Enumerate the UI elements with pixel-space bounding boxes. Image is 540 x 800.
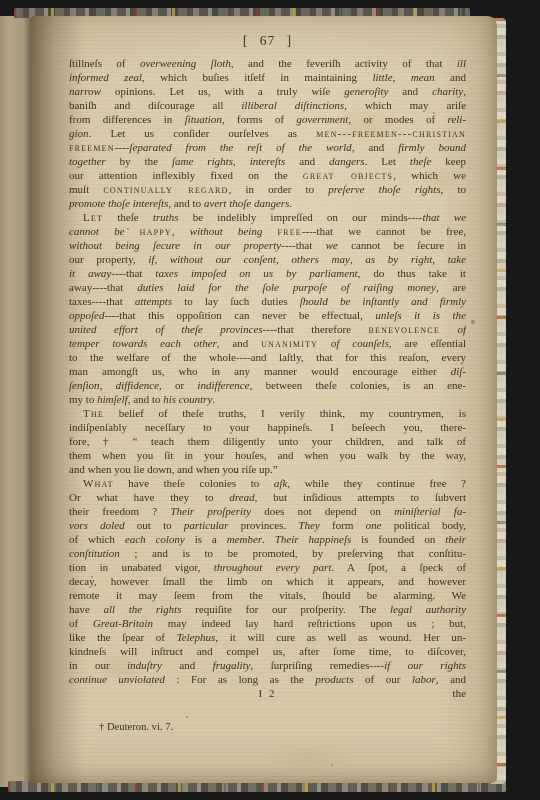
book-photo: [ 67 ] ſtillneſs of overweening ſloth, a… [0, 0, 540, 800]
text-segment: diffidence [116, 380, 159, 392]
text-line: The belief of theſe truths, I verily thi… [69, 407, 466, 421]
text-segment: theſe [410, 156, 431, 168]
text-segment: to lay ſuch duties [172, 296, 300, 308]
text-segment: continually regard [103, 184, 228, 196]
text-line: remote it may ſeem from the vitals, ſhou… [69, 589, 466, 603]
page-number: [ 67 ] [69, 33, 466, 49]
text-line: of Great-Britain may indeed lay hard reſ… [69, 617, 466, 631]
text-line: away----that duties laid for the ſole pu… [69, 281, 466, 295]
text-segment: , [350, 254, 365, 266]
text-line: informed zeal, which buſies itſelf in ma… [69, 71, 466, 85]
text-segment: little [372, 72, 392, 84]
text-segment: , which may ariſe [344, 100, 466, 112]
text-segment: member [227, 534, 262, 546]
text-line: continue unviolated : For as long as the… [69, 673, 466, 687]
text-segment: narrow [69, 86, 101, 98]
text-segment: frugality [213, 660, 251, 672]
text-segment: form [320, 520, 366, 532]
text-segment: , and [352, 142, 399, 154]
text-segment: duties laid for the ſole purpoſe of raiſ… [137, 282, 436, 294]
text-segment: , in order to [229, 184, 329, 196]
foxing-specks [31, 16, 33, 18]
text-segment: avert thoſe dangers [204, 198, 290, 210]
text-segment: What [83, 478, 114, 490]
text-segment: firmly bound [398, 142, 466, 154]
paragraph: What have theſe colonies to aſk, while t… [69, 477, 466, 687]
text-segment: my to [69, 394, 97, 406]
text-segment: our property, [69, 254, 148, 266]
text-segment: . Let [365, 156, 410, 168]
text-segment: ----that [111, 268, 155, 280]
facing-page-edge [0, 16, 31, 787]
text-segment: charity [432, 86, 463, 98]
text-segment: his country [163, 394, 212, 406]
text-segment: ſame rights [172, 156, 233, 168]
text-segment: man amongſt us, who in any manner would … [69, 366, 451, 378]
text-segment: indifference [197, 380, 249, 392]
text-segment: , [432, 254, 447, 266]
text-segment: ſenſion [69, 380, 100, 392]
text-segment: Or what have they to [69, 492, 229, 504]
text-segment: Their proſperity [170, 506, 251, 518]
text-segment: without being ſecure in our property [69, 240, 281, 252]
text-segment: The [83, 408, 104, 420]
text-line: indiſpenſably neceſſary to your happineſ… [69, 421, 466, 435]
text-segment: ----that this oppoſition can never be ef… [104, 310, 375, 322]
text-segment: They [298, 520, 319, 532]
text-segment: products [315, 674, 353, 686]
text-segment: fore, † “ teach them diligently unto you… [69, 436, 466, 448]
text-segment: decay, however ſmall the limb on which i… [69, 576, 466, 588]
text-segment: ----that [281, 240, 325, 252]
scan-background: { "colors": { "paper": "#d5c9a8", "ink":… [0, 0, 540, 800]
text-segment: , are [436, 282, 466, 294]
text-segment: them when you ſit in your houſes, and wh… [69, 450, 466, 462]
text-segment: keep [431, 156, 466, 168]
text-line: gion. Let us conſider ourſelves as men--… [69, 127, 466, 141]
footnote: † Deuteron. vi. 7. [69, 721, 466, 735]
text-segment: , [393, 72, 411, 84]
text-segment: Their happineſs [275, 534, 352, 546]
text-segment: baniſh and diſcourage all [69, 100, 241, 112]
text-line: have all the rights requiſite for our pr… [69, 603, 466, 617]
text-segment: political body, [382, 520, 467, 532]
text-segment: induſtry [127, 660, 162, 672]
text-segment: it away [69, 268, 111, 280]
text-segment: of counſels [318, 338, 389, 350]
text-segment: throughout every part [214, 562, 332, 574]
text-line: our property, if, without our conſent, o… [69, 253, 466, 267]
text-line: it away----that taxes impoſed on us by p… [69, 267, 466, 281]
text-line: in our induſtry and frugality, ſurpriſin… [69, 659, 466, 673]
text-segment: . A ſpot, a ſpeck of [331, 562, 466, 574]
text-segment: be indelibly impreſſed on our minds---- [179, 212, 423, 224]
text-segment: truths [153, 212, 179, 224]
text-segment: aſk [274, 478, 287, 490]
text-segment: reli- [447, 114, 466, 126]
text-segment: ill [457, 58, 466, 70]
text-segment: promote thoſe intereſts [69, 198, 168, 210]
text-line: kindneſs will inſtruct and compel us, af… [69, 645, 466, 659]
paragraph: ſtillneſs of overweening ſloth, and the … [69, 57, 466, 211]
text-segment: others may [291, 254, 350, 266]
text-segment: cannot be [69, 226, 140, 238]
text-segment: , [276, 254, 291, 266]
text-segment: vors doled [69, 520, 125, 532]
text-segment: by the [106, 156, 172, 168]
text-segment: is a [185, 534, 227, 546]
text-segment: , which buſies itſelf in maintaining [142, 72, 373, 84]
text-line: together by the ſame rights, intereſts a… [69, 155, 466, 169]
text-line: taxes----that attempts to lay ſuch dutie… [69, 295, 466, 309]
text-segment: together [69, 156, 106, 168]
text-segment: men---freemen---christian [316, 128, 466, 140]
text-segment: and [285, 156, 329, 168]
text-segment: continue unviolated [69, 674, 165, 686]
text-segment: attempts [135, 296, 172, 308]
text-segment: without our conſent [170, 254, 276, 266]
text-segment: in our [69, 660, 127, 672]
text-segment: , while they continue free ? [287, 478, 466, 490]
text-segment: if our rights [384, 660, 466, 672]
text-segment: ; and is to be promoted, by preſerving t… [120, 548, 466, 560]
text-segment: their freedom ? [69, 506, 170, 518]
paragraph: Let theſe truths be indelibly impreſſed … [69, 211, 466, 407]
text-block: [ 67 ] ſtillneſs of overweening ſloth, a… [69, 33, 466, 735]
text-segment: free [278, 226, 302, 238]
text-line: freemen----ſeparated from the reſt of th… [69, 141, 466, 155]
text-segment: himſelf [97, 394, 128, 406]
text-segment: one [366, 520, 382, 532]
text-segment: theſe [103, 212, 153, 224]
text-segment: ----that therefore [263, 324, 369, 336]
text-segment: preſerve thoſe rights [328, 184, 440, 196]
text-segment: is founded on [351, 534, 445, 546]
text-lines: ſtillneſs of overweening ſloth, and the … [69, 57, 466, 687]
text-segment: particular [184, 520, 229, 532]
text-segment: , and to [128, 394, 163, 406]
text-segment: unleſs it is the [375, 310, 466, 322]
text-segment: ---- [115, 142, 130, 154]
text-segment: , [233, 156, 250, 168]
paragraph: The belief of theſe truths, I verily thi… [69, 407, 466, 477]
text-segment: , and the feveriſh activity of that [231, 58, 457, 70]
text-segment: have theſe colonies to [114, 478, 274, 490]
text-segment: unanimity [261, 338, 318, 350]
text-segment: kindneſs will inſtruct and compel us, af… [69, 646, 466, 658]
text-line: from differences in ſituation, forms of … [69, 113, 466, 127]
text-line: them when you ſit in your houſes, and wh… [69, 449, 466, 463]
text-segment: dread [229, 492, 254, 504]
text-segment: mean [411, 72, 435, 84]
text-segment: dangers [329, 156, 364, 168]
text-segment: , and [217, 338, 261, 350]
text-segment: tion in unabated vigor, [69, 562, 214, 574]
text-segment: conſtitution [69, 548, 120, 560]
text-segment: that we [422, 212, 466, 224]
text-line: narrow opinions. Let us, with a truly wi… [69, 85, 466, 99]
text-segment: freemen [69, 142, 115, 154]
text-segment: we [326, 240, 338, 252]
text-line: vors doled out to particular provinces. … [69, 519, 466, 533]
text-segment: and [162, 660, 213, 672]
text-segment: Telephus [177, 632, 216, 644]
text-segment: ----that we cannot be free, [302, 226, 466, 238]
text-line: fore, † “ teach them diligently unto you… [69, 435, 466, 449]
text-segment: does not depend on [251, 506, 394, 518]
text-segment: and [435, 72, 466, 84]
text-line: without being ſecure in our property----… [69, 239, 466, 253]
text-segment: , are eſſential [389, 338, 466, 350]
text-segment: government [296, 114, 348, 126]
text-segment: generoſity [344, 86, 388, 98]
text-line: conſtitution ; and is to be promoted, by… [69, 547, 466, 561]
text-segment: remote it may ſeem from the vitals, ſhou… [69, 590, 466, 602]
text-segment: have [69, 604, 103, 616]
text-segment: out to [125, 520, 184, 532]
text-segment: away----that [69, 282, 137, 294]
text-segment: : For as long as the [165, 674, 316, 686]
text-segment: of our [353, 674, 411, 686]
text-line: man amongſt us, who in any manner would … [69, 365, 466, 379]
text-segment: taxes impoſed on us by parliament [155, 268, 357, 280]
text-segment: , [154, 254, 169, 266]
text-segment: overweening ſloth [140, 58, 231, 70]
stain [263, 740, 353, 774]
text-segment: , do thus take it [358, 268, 466, 280]
text-segment: cannot be ſecure in [338, 240, 466, 252]
text-segment: Great-Britain [93, 618, 153, 630]
text-segment: temper towards each other [69, 338, 217, 350]
text-segment: , or [159, 380, 197, 392]
text-segment: united effort of theſe provinces [69, 324, 263, 336]
text-segment: , forms of [222, 114, 297, 126]
text-line: of which each colony is a member. Their … [69, 533, 466, 547]
text-segment: , it will cure as well as wound. Her un- [215, 632, 466, 644]
text-segment: of [69, 618, 93, 630]
text-line: like the ſpear of Telephus, it will cure… [69, 631, 466, 645]
signature-mark: I 2 [69, 687, 466, 701]
text-segment: all the rights [103, 604, 181, 616]
text-segment: , and to [168, 198, 203, 210]
text-segment: intereſts [250, 156, 286, 168]
text-line: baniſh and diſcourage all illiberal diſt… [69, 99, 466, 113]
text-segment: , or modes of [348, 114, 447, 126]
text-segment: ſtillneſs of [69, 58, 140, 70]
text-segment: great objects [303, 170, 393, 182]
text-segment: indiſpenſably neceſſary to your happineſ… [69, 422, 466, 434]
catchword: the [453, 687, 466, 701]
text-line: my to himſelf, and to his country. [69, 393, 466, 407]
text-segment: labor [412, 674, 436, 686]
text-segment: of [440, 324, 466, 336]
text-segment: , between theſe colonies, is an ene- [250, 380, 466, 392]
text-segment: , which we [393, 170, 466, 182]
text-line: their freedom ? Their proſperity does no… [69, 505, 466, 519]
text-segment: take [448, 254, 466, 266]
text-segment: legal authority [390, 604, 466, 616]
text-segment: opinions. Let us, with a truly wiſe [101, 86, 344, 98]
text-segment: ſituation [185, 114, 222, 126]
text-segment: their [445, 534, 466, 546]
text-segment: , and [436, 674, 466, 686]
text-segment: , without being [172, 226, 278, 238]
text-segment: . [212, 394, 215, 406]
text-segment: benevolence [369, 324, 440, 336]
text-line: muſt continually regard, in order to pre… [69, 183, 466, 197]
text-line: ſenſion, diffidence, or indifference, be… [69, 379, 466, 393]
text-segment: happy [140, 226, 172, 238]
text-segment: and when you lie down, and when you riſe… [69, 464, 278, 476]
text-line: to the welfare of the whole----and laſtl… [69, 351, 466, 365]
text-segment: , [463, 86, 466, 98]
text-segment: requiſite for our proſperity. The [182, 604, 390, 616]
text-segment: ſhould be inſtantly and firmly [300, 296, 466, 308]
text-segment: , ſurpriſing remedies---- [251, 660, 385, 672]
text-segment: oppoſed [69, 310, 104, 322]
text-line: tion in unabated vigor, throughout every… [69, 561, 466, 575]
text-segment: of which [69, 534, 125, 546]
text-segment: and [388, 86, 432, 98]
text-line: temper towards each other, and unanimity… [69, 337, 466, 351]
text-segment: . [262, 534, 275, 546]
text-line: our attention inflexibly fixed on the gr… [69, 169, 466, 183]
text-line: and when you lie down, and when you riſe… [69, 463, 466, 477]
text-line: promote thoſe intereſts, and to avert th… [69, 197, 466, 211]
text-line: What have theſe colonies to aſk, while t… [69, 477, 466, 491]
text-segment: muſt [69, 184, 103, 196]
text-segment: illiberal diſtinctions [241, 100, 344, 112]
text-line: decay, however ſmall the limb on which i… [69, 575, 466, 589]
text-segment: ſeparated from the reſt of the world [129, 142, 351, 154]
text-line: oppoſed----that this oppoſition can neve… [69, 309, 466, 323]
text-line: Let theſe truths be indelibly impreſſed … [69, 211, 466, 225]
text-line: cannot be happy, without being free----t… [69, 225, 466, 239]
text-segment: Let [83, 212, 103, 224]
text-segment: . [289, 198, 292, 210]
text-line: ſtillneſs of overweening ſloth, and the … [69, 57, 466, 71]
text-line: Or what have they to dread, but inſidiou… [69, 491, 466, 505]
text-segment: taxes----that [69, 296, 135, 308]
text-line: united effort of theſe provinces----that… [69, 323, 466, 337]
text-segment: each colony [125, 534, 185, 546]
text-segment: , to [441, 184, 466, 196]
text-segment: informed zeal [69, 72, 142, 84]
text-segment: from differences in [69, 114, 185, 126]
text-segment: our attention inflexibly fixed on the [69, 170, 303, 182]
text-segment: miniſterial fa- [394, 506, 466, 518]
text-segment: to the welfare of the whole----and laſtl… [69, 352, 466, 364]
page-surface: [ 67 ] ſtillneſs of overweening ſloth, a… [31, 16, 497, 783]
text-segment: , but inſidious attempts to ſubvert [255, 492, 466, 504]
text-segment: belief of theſe truths, I verily think, … [104, 408, 466, 420]
text-segment: , [100, 380, 116, 392]
text-segment: . Let us conſider ourſelves as [89, 128, 317, 140]
text-segment: diſ- [451, 366, 466, 378]
signature-line: I 2 the [69, 687, 466, 701]
text-segment: gion [69, 128, 89, 140]
text-segment: like the ſpear of [69, 632, 177, 644]
text-segment: provinces. [228, 520, 298, 532]
text-segment: as by right [365, 254, 432, 266]
text-segment: may indeed lay hard reſtrictions upon us… [153, 618, 466, 630]
